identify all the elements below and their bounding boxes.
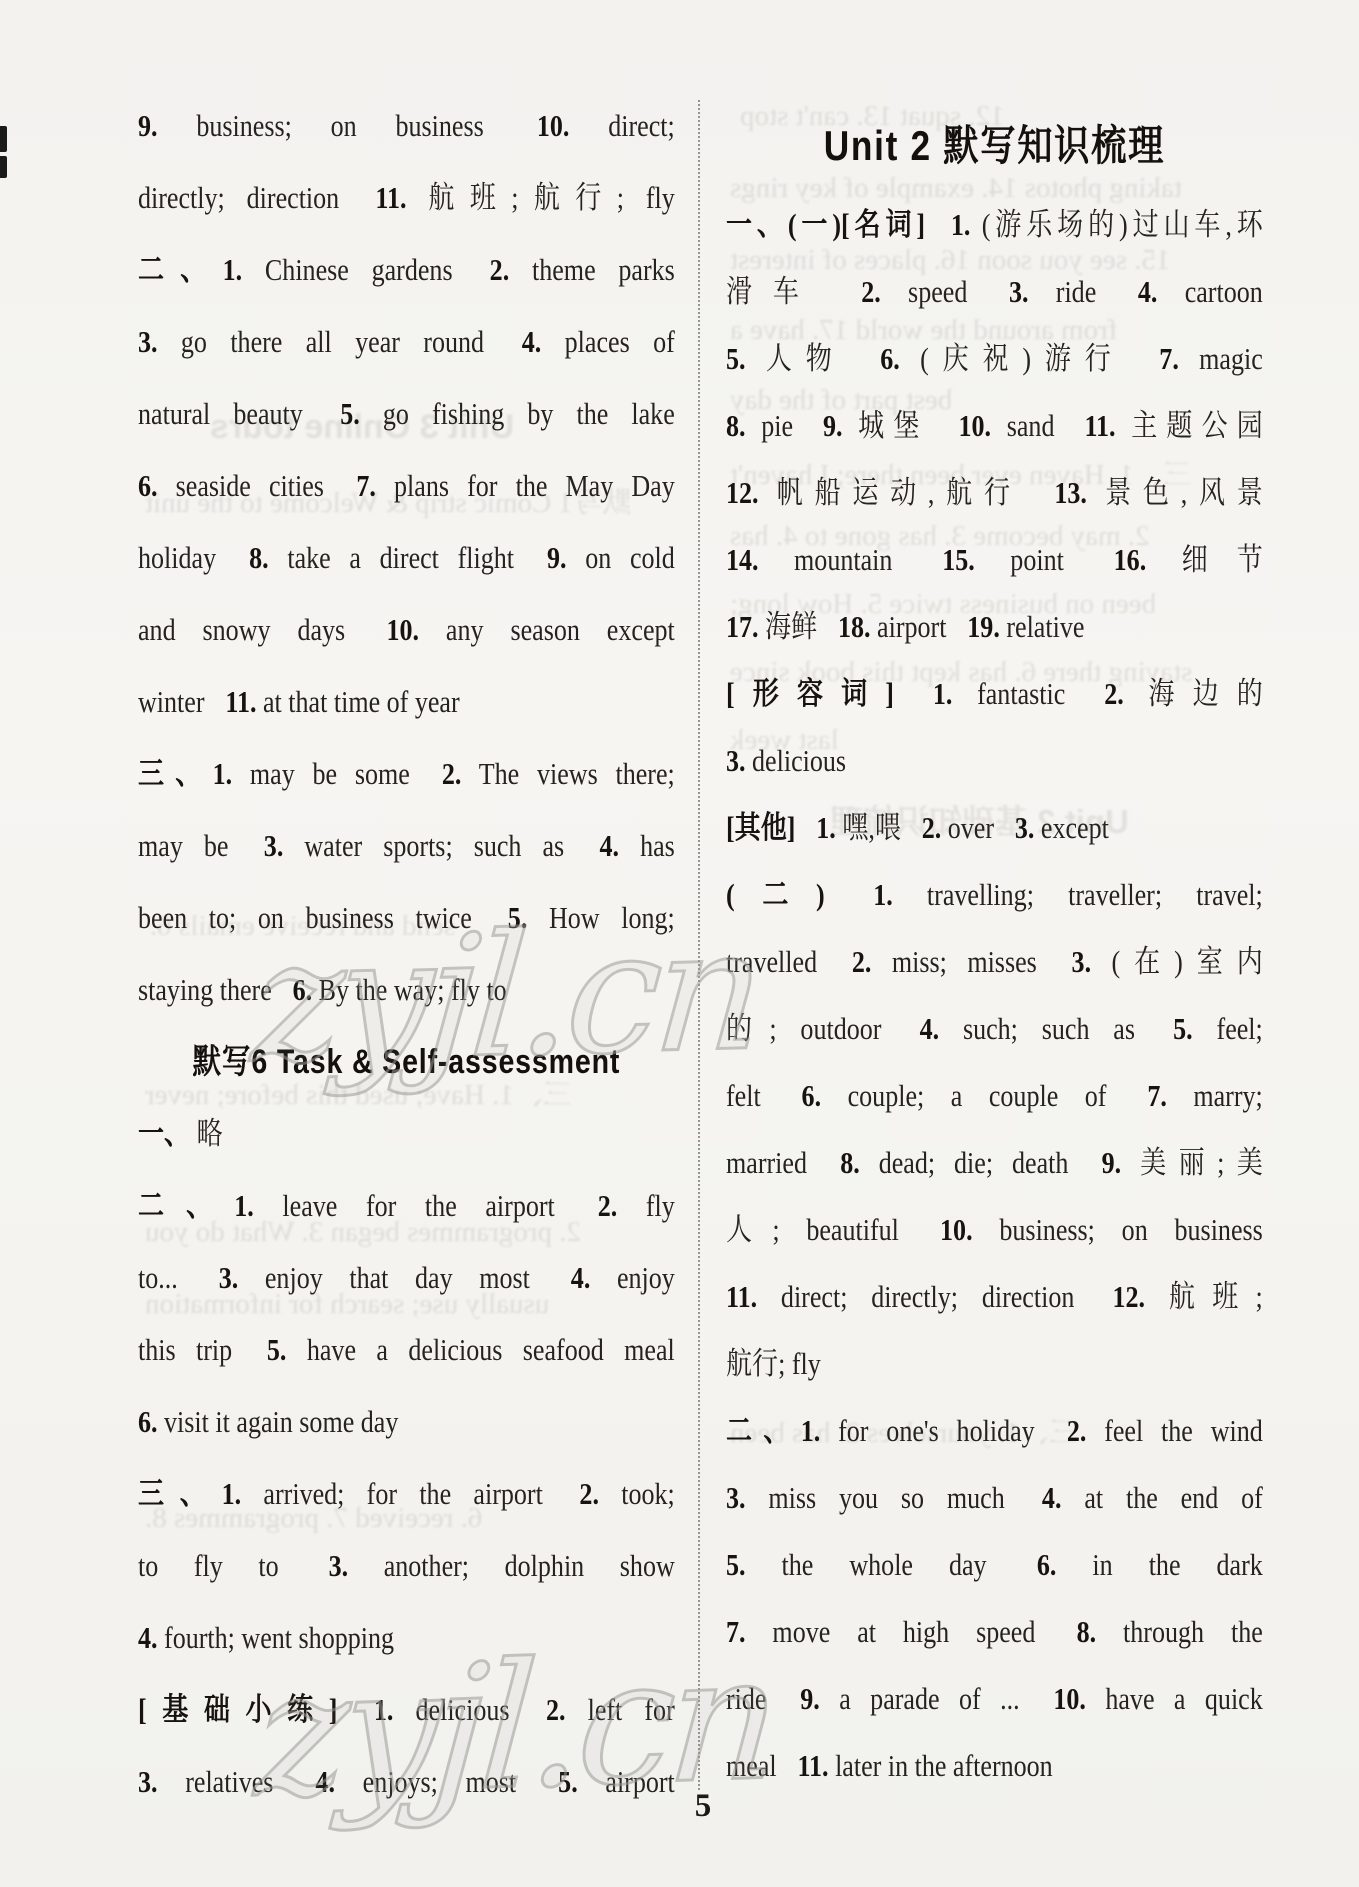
answer-text: visit it again some day — [164, 1404, 398, 1439]
answer-number: [其他] — [726, 810, 795, 845]
answer-number: 11. — [225, 684, 256, 719]
answer-text: business; on business — [999, 1212, 1262, 1247]
answer-number: 9. — [1102, 1145, 1122, 1180]
answer-number: 二、1. — [726, 1413, 820, 1448]
answer-number: 5. — [726, 1547, 746, 1582]
answer-text: 航班;航行; fly — [428, 180, 674, 215]
answer-text: How long; — [549, 900, 675, 935]
answer-line: [形容词] 1. fantastic 2. 海边的 — [726, 660, 1263, 727]
answer-number: [形容词] — [726, 676, 894, 711]
answer-number: 3. — [219, 1260, 239, 1295]
answer-number: 二、1. — [138, 1188, 254, 1223]
answer-number: 5. — [726, 341, 746, 376]
answer-text: 景色,风景 — [1105, 475, 1263, 510]
answer-number: 3. — [1009, 274, 1029, 309]
answer-line: 二、1. Chinese gardens 2. theme parks — [138, 234, 675, 306]
answer-number: 4. — [1042, 1480, 1062, 1515]
answer-text: Chinese gardens — [265, 252, 453, 287]
answer-number: 8. — [840, 1145, 860, 1180]
answer-line: 7. move at high speed 8. through the — [726, 1598, 1263, 1665]
answer-number: 8. — [1077, 1614, 1097, 1649]
right-column: Unit 2 默写知识梳理一、(一)[名词] 1. (游乐场的)过山车,环滑车 … — [726, 108, 1359, 1799]
answer-text: except — [1041, 810, 1109, 845]
answer-text: later in the afternoon — [835, 1748, 1053, 1783]
answer-text: staying there — [138, 972, 272, 1007]
answer-text: holiday — [138, 540, 216, 575]
answer-line: 5. the whole day 6. in the dark — [726, 1531, 1263, 1598]
answer-number: 一、 — [138, 1116, 190, 1151]
answer-text: over — [948, 810, 994, 845]
answer-number: 10. — [940, 1212, 973, 1247]
answer-number: 9. — [547, 540, 567, 575]
answer-text: places of — [565, 324, 675, 359]
answer-number: 三、1. — [138, 1476, 241, 1511]
answer-text: on cold — [585, 540, 675, 575]
answer-number: 1. — [951, 207, 971, 242]
answer-text: speed — [908, 274, 967, 309]
answer-number: 4. — [571, 1260, 591, 1295]
answer-line: 三、1. arrived; for the airport 2. took; — [138, 1458, 675, 1530]
section-heading: 默写6 Task & Self-assessment — [138, 1026, 675, 1098]
answer-line: natural beauty 5. go fishing by the lake — [138, 378, 675, 450]
answer-line: travelled 2. miss; misses 3. (在)室内 — [726, 928, 1263, 995]
answer-line: 人; beautiful 10. business; on business — [726, 1196, 1263, 1263]
answer-number: 10. — [959, 408, 992, 443]
answer-line: 6. visit it again some day — [138, 1386, 675, 1458]
answer-number: 7. — [1159, 341, 1179, 376]
answer-number: 5. — [340, 396, 360, 431]
answer-line: felt 6. couple; a couple of 7. marry; — [726, 1062, 1263, 1129]
page-number: 5 — [648, 1788, 758, 1825]
answer-text: may be — [138, 828, 228, 863]
answer-number: 7. — [356, 468, 376, 503]
answer-text: ride — [1056, 274, 1096, 309]
answer-text: a parade of ... — [839, 1681, 1019, 1716]
answer-line: may be 3. water sports; such as 4. has — [138, 810, 675, 882]
answer-text: fourth; went shopping — [164, 1620, 394, 1655]
answer-number: 1. — [933, 676, 953, 711]
answer-line: 3. delicious — [726, 727, 1263, 794]
answer-number: 3. — [329, 1548, 349, 1583]
answer-text: enjoy — [617, 1260, 675, 1295]
answer-text: may be some — [250, 756, 410, 791]
answer-number: 10. — [386, 612, 419, 647]
answer-text: (庆祝)游行 — [920, 341, 1124, 376]
answer-number: 1. — [873, 877, 893, 912]
answer-text: directly; direction — [138, 180, 339, 215]
answer-number: 一、(一)[名词] — [726, 207, 925, 242]
answer-text: sand — [1007, 408, 1055, 443]
answer-line: 5. 人物 6. (庆祝)游行 7. magic — [726, 325, 1263, 392]
answer-text: fantastic — [977, 676, 1065, 711]
answer-text: this trip — [138, 1332, 232, 1367]
answer-line: 的; outdoor 4. such; such as 5. feel; — [726, 995, 1263, 1062]
answer-text: water sports; such as — [304, 828, 564, 863]
answer-line: been to; on business twice 5. How long; — [138, 882, 675, 954]
answer-line: 3. go there all year round 4. places of — [138, 306, 675, 378]
answer-text: theme parks — [532, 252, 675, 287]
answer-text: 主题公园 — [1131, 408, 1263, 443]
scan-edge-artifact — [0, 126, 7, 152]
answer-number: 5. — [558, 1764, 578, 1799]
answer-line: 三、1. may be some 2. The views there; — [138, 738, 675, 810]
answer-number: 3. — [264, 828, 284, 863]
answer-number: 6. — [1037, 1547, 1057, 1582]
answer-number: 19. — [967, 609, 1000, 644]
answer-line: winter 11. at that time of year — [138, 666, 675, 738]
answer-number: 6. — [293, 972, 313, 1007]
answer-text: travelled — [726, 944, 817, 979]
answer-text: to fly to — [138, 1548, 279, 1583]
answer-text: take a direct flight — [287, 540, 514, 575]
answer-text: 人物 — [766, 341, 846, 376]
answer-text: relative — [1006, 609, 1084, 644]
answer-text: another; dolphin show — [384, 1548, 675, 1583]
answer-number: 8. — [249, 540, 269, 575]
answer-text: such; such as — [963, 1011, 1135, 1046]
answer-text: and snowy days — [138, 612, 345, 647]
answer-text: at the end of — [1084, 1480, 1262, 1515]
left-column: 9. business; on business 10. direct;dire… — [138, 90, 777, 1818]
answer-text: 滑车 — [726, 274, 820, 309]
answer-number: 3. — [1015, 810, 1035, 845]
answer-text: enjoy that day most — [265, 1260, 530, 1295]
answer-line: 二、1. for one's holiday 2. feel the wind — [726, 1397, 1263, 1464]
answer-text: at that time of year — [263, 684, 460, 719]
answer-number: [基础小练] — [138, 1692, 337, 1727]
answer-number: 9. — [823, 408, 843, 443]
answer-line: [基础小练] 1. delicious 2. left for — [138, 1674, 675, 1746]
answer-line: 17. 海鲜 18. airport 19. relative — [726, 593, 1263, 660]
answer-number: 3. — [1072, 944, 1092, 979]
answer-number: 3. — [138, 324, 158, 359]
answer-line: married 8. dead; die; death 9. 美丽;美 — [726, 1129, 1263, 1196]
answer-text: mountain — [794, 542, 892, 577]
answer-number: 2. — [579, 1476, 599, 1511]
answer-number: 2. — [1104, 676, 1124, 711]
answer-text: feel the wind — [1104, 1413, 1263, 1448]
answer-text: 的; outdoor — [726, 1011, 881, 1046]
answer-line: 11. direct; directly; direction 12. 航班; — [726, 1263, 1263, 1330]
answer-text: in the dark — [1092, 1547, 1262, 1582]
answer-text: 美丽;美 — [1140, 1145, 1263, 1180]
answer-text: plans for the May Day — [394, 468, 675, 503]
answer-text: dead; die; death — [879, 1145, 1069, 1180]
answer-text: 细节 — [1182, 542, 1263, 577]
answer-number: 17. — [726, 609, 759, 644]
answer-text: magic — [1199, 341, 1263, 376]
answer-line: 12. 帆船运动,航行 13. 景色,风景 — [726, 459, 1263, 526]
answer-text: took; — [621, 1476, 675, 1511]
answer-number: 14. — [726, 542, 759, 577]
answer-number: 18. — [838, 609, 871, 644]
answer-line: 4. fourth; went shopping — [138, 1602, 675, 1674]
answer-line: directly; direction 11. 航班;航行; fly — [138, 162, 675, 234]
answer-text: airport — [877, 609, 946, 644]
answer-text: travelling; traveller; travel; — [927, 877, 1263, 912]
answer-number: 11. — [726, 1279, 757, 1314]
answer-line: to... 3. enjoy that day most 4. enjoy — [138, 1242, 675, 1314]
answer-text: 城堡 — [858, 408, 928, 443]
answer-number: 4. — [1138, 274, 1158, 309]
answer-text: delicious — [752, 743, 846, 778]
section-heading: Unit 2 默写知识梳理 — [726, 108, 1263, 184]
answer-text: cartoon — [1185, 274, 1263, 309]
answer-number: 5. — [267, 1332, 287, 1367]
answer-line: staying there 6. By the way; fly to — [138, 954, 675, 1026]
answer-number: 2. — [546, 1692, 566, 1727]
answer-line: this trip 5. have a delicious seafood me… — [138, 1314, 675, 1386]
answer-number: 3. — [726, 743, 746, 778]
answer-text: enjoys; most — [363, 1764, 517, 1799]
answer-number: (二) — [726, 877, 825, 912]
answer-text: have a quick — [1105, 1681, 1262, 1716]
answer-number: 4. — [315, 1764, 335, 1799]
answer-number: 2. — [490, 252, 510, 287]
answer-text: business; on business — [196, 108, 483, 143]
answer-line: ride 9. a parade of ... 10. have a quick — [726, 1665, 1263, 1732]
answer-text: 略 — [197, 1116, 223, 1151]
answer-number: 2. — [852, 944, 872, 979]
answer-text: winter — [138, 684, 205, 719]
answer-number: 10. — [537, 108, 570, 143]
answer-text: miss you so much — [768, 1480, 1004, 1515]
answer-number: 11. — [797, 1748, 828, 1783]
answer-line: (二) 1. travelling; traveller; travel; — [726, 861, 1263, 928]
answer-text: 帆船运动,航行 — [777, 475, 1022, 510]
answer-line: 一、 略 — [138, 1098, 675, 1170]
answer-number: 6. — [802, 1078, 822, 1113]
answer-text: any season except — [446, 612, 675, 647]
answer-line: meal 11. later in the afternoon — [726, 1732, 1263, 1799]
answer-number: 6. — [880, 341, 900, 376]
answer-text: miss; misses — [892, 944, 1037, 979]
answer-number: 7. — [726, 1614, 746, 1649]
answer-number: 5. — [1173, 1011, 1193, 1046]
answer-text: (游乐场的)过山车,环 — [982, 207, 1263, 242]
answer-text: seaside cities — [176, 468, 324, 503]
answer-line: 一、(一)[名词] 1. (游乐场的)过山车,环 — [726, 191, 1263, 258]
answer-number: 2. — [922, 810, 942, 845]
answer-text: has — [640, 828, 675, 863]
answer-number: 10. — [1053, 1681, 1086, 1716]
answer-number: 二、1. — [138, 252, 242, 287]
answer-number: 9. — [138, 108, 158, 143]
answer-text: felt — [726, 1078, 761, 1113]
answer-text: By the way; fly to — [319, 972, 507, 1007]
answer-line: 3. relatives 4. enjoys; most 5. airport — [138, 1746, 675, 1818]
answer-number: 9. — [800, 1681, 820, 1716]
answer-book-page: Unit 3 Online tours默写1 Comic strip & Wel… — [0, 0, 1359, 1887]
answer-line: [其他] 1. 嘿,喂 2. over 3. except — [726, 794, 1263, 861]
answer-number: 4. — [522, 324, 542, 359]
answer-number: 13. — [1054, 475, 1087, 510]
answer-text: fly — [646, 1188, 675, 1223]
answer-number: 7. — [1147, 1078, 1167, 1113]
answer-text: leave for the airport — [282, 1188, 554, 1223]
answer-number: 3. — [138, 1764, 158, 1799]
answer-line: 14. mountain 15. point 16. 细节 — [726, 526, 1263, 593]
answer-text: The views there; — [479, 756, 675, 791]
answer-text: couple; a couple of — [848, 1078, 1107, 1113]
answer-text: the whole day — [782, 1547, 987, 1582]
answer-text: left for — [588, 1692, 675, 1727]
answer-text: point — [1010, 542, 1064, 577]
answer-line: to fly to 3. another; dolphin show — [138, 1530, 675, 1602]
answer-text: delicious — [416, 1692, 510, 1727]
answer-number: 6. — [138, 1404, 158, 1439]
answer-line: holiday 8. take a direct flight 9. on co… — [138, 522, 675, 594]
answer-text: 嘿,喂 — [842, 810, 901, 845]
answer-text: marry; — [1193, 1078, 1262, 1113]
answer-number: 2. — [598, 1188, 618, 1223]
answer-number: 16. — [1114, 542, 1147, 577]
answer-text: for one's holiday — [838, 1413, 1035, 1448]
answer-text: have a delicious seafood meal — [307, 1332, 675, 1367]
answer-number: 1. — [374, 1692, 394, 1727]
answer-text: been to; on business twice — [138, 900, 472, 935]
answer-text: direct; directly; direction — [781, 1279, 1074, 1314]
answer-text: ride — [726, 1681, 766, 1716]
answer-text: through the — [1123, 1614, 1263, 1649]
answer-number: 4. — [600, 828, 620, 863]
answer-line: 二、1. leave for the airport 2. fly — [138, 1170, 675, 1242]
answer-number: 2. — [442, 756, 462, 791]
answer-text: direct; — [608, 108, 675, 143]
answer-text: pie — [761, 408, 793, 443]
answer-number: 3. — [726, 1480, 746, 1515]
answer-number: 12. — [1113, 1279, 1146, 1314]
answer-number: 8. — [726, 408, 746, 443]
answer-text: feel; — [1217, 1011, 1263, 1046]
answer-text: 航班; — [1169, 1279, 1263, 1314]
answer-number: 15. — [942, 542, 975, 577]
answer-text: to... — [138, 1260, 178, 1295]
answer-text: relatives — [185, 1764, 273, 1799]
answer-number: 2. — [861, 274, 881, 309]
answer-number: 4. — [920, 1011, 940, 1046]
answer-line: 3. miss you so much 4. at the end of — [726, 1464, 1263, 1531]
answer-line: 8. pie 9. 城堡 10. sand 11. 主题公园 — [726, 392, 1263, 459]
answer-text: 航行; fly — [726, 1346, 821, 1381]
answer-text: 海鲜 — [765, 609, 817, 644]
answer-text: arrived; for the airport — [263, 1476, 542, 1511]
scan-edge-artifact — [0, 156, 7, 178]
answer-line: 航行; fly — [726, 1330, 1263, 1397]
answer-number: 12. — [726, 475, 759, 510]
answer-number: 1. — [816, 810, 836, 845]
answer-text: go fishing by the lake — [383, 396, 675, 431]
answer-text: go there all year round — [181, 324, 484, 359]
answer-number: 5. — [508, 900, 528, 935]
answer-line: 滑车 2. speed 3. ride 4. cartoon — [726, 258, 1263, 325]
answer-text: 海边的 — [1148, 676, 1262, 711]
answer-number: 11. — [1084, 408, 1115, 443]
answer-line: 6. seaside cities 7. plans for the May D… — [138, 450, 675, 522]
answer-number: 11. — [375, 180, 406, 215]
answer-text: move at high speed — [772, 1614, 1035, 1649]
answer-text: meal — [726, 1748, 777, 1783]
answer-number: 4. — [138, 1620, 158, 1655]
answer-text: 人; beautiful — [726, 1212, 899, 1247]
answer-text: (在)室内 — [1112, 944, 1263, 979]
answer-text: natural beauty — [138, 396, 303, 431]
answer-number: 6. — [138, 468, 158, 503]
answer-line: 9. business; on business 10. direct; — [138, 90, 675, 162]
answer-text: married — [726, 1145, 807, 1180]
answer-number: 2. — [1067, 1413, 1087, 1448]
answer-number: 三、1. — [138, 756, 232, 791]
answer-line: and snowy days 10. any season except — [138, 594, 675, 666]
